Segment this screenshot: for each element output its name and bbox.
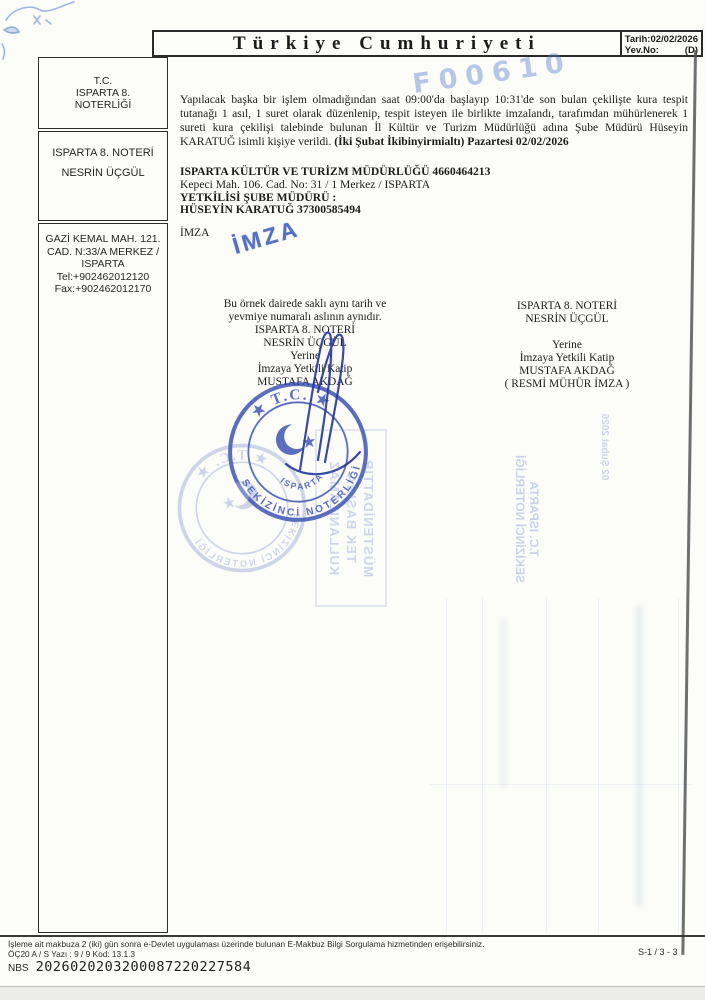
- bleed-noter-line: SEKİZİNCİ NOTERLİĞİ: [513, 429, 527, 609]
- bleed-through-area: [430, 598, 692, 933]
- att-line: ( RESMİ MÜHÜR İMZA ): [452, 378, 682, 391]
- right-attestation: ISPARTA 8. NOTERİ NESRİN ÜÇGÜL Yerine İm…: [452, 300, 682, 391]
- address-line: Tel:+902462012120: [39, 271, 167, 284]
- bleed-line: [598, 598, 599, 933]
- paragraph-date-bold: (İki Şubat İkibinyirmialtı) Pazartesi 02…: [334, 135, 568, 148]
- bottom-scan-strip: [0, 986, 705, 1000]
- imza-ink-stamp: İMZA: [230, 215, 303, 260]
- org-role: YETKİLİSİ ŞUBE MÜDÜRÜ :: [180, 191, 336, 204]
- bleed-text-column: [636, 606, 643, 906]
- footer-rule: [0, 935, 705, 937]
- att-line: İmzaya Yetkili Katip: [452, 352, 682, 365]
- footer-note: İşleme ait makbuza 2 (iki) gün sonra e-D…: [8, 939, 484, 949]
- notary-title: ISPARTA 8. NOTERİ: [39, 147, 167, 159]
- att-line: MUSTAFA AKDAĞ: [452, 365, 682, 378]
- bleed-line: [482, 598, 483, 933]
- pen-scribble: [0, 0, 100, 64]
- imza-label: İMZA: [180, 227, 209, 239]
- bleed-text-column: [500, 618, 507, 788]
- org-person: HÜSEYİN KARATUĞ 37300585494: [180, 203, 361, 216]
- page-title: Türkiye Cumhuriyeti: [233, 33, 541, 55]
- office-line: NOTERLİĞİ: [39, 99, 167, 111]
- office-line: ISPARTA 8.: [39, 87, 167, 99]
- office-line: T.C.: [39, 75, 167, 87]
- yevno-label: Yev.No:: [625, 45, 659, 56]
- notary-office-box: T.C. ISPARTA 8. NOTERLİĞİ: [38, 57, 168, 129]
- att-line: NESRİN ÜÇGÜL: [452, 313, 682, 326]
- crescent-star-icon: [219, 478, 261, 514]
- annex-bleed-stamp: MÜSTENİDATTIR TEK BAŞINA KULLANILAMAZ: [315, 429, 387, 607]
- address-line: Fax:+902462012170: [39, 283, 167, 296]
- nbs-number: 2026020203200087220227584: [36, 959, 252, 975]
- annex-line: MÜSTENİDATTIR: [360, 431, 377, 605]
- org-block: ISPARTA KÜLTÜR VE TURİZM MÜDÜRLÜĞÜ 46604…: [180, 166, 688, 217]
- bleed-noter-text: T.C. ISPARTA SEKİZİNCİ NOTERLİĞİ: [487, 429, 541, 609]
- bleed-line: [430, 784, 692, 785]
- date-label: Tarih:: [625, 34, 651, 45]
- notary-address-box: GAZİ KEMAL MAH. 121. CAD. N:33/A MERKEZ …: [38, 223, 168, 933]
- att-line: Bu örnek dairede saklı aynı tarih ve: [188, 298, 422, 311]
- annex-line: KULLANILAMAZ: [326, 431, 343, 605]
- att-line: [452, 326, 682, 339]
- body-paragraph: Yapılacak başka bir işlem olmadığından s…: [180, 93, 688, 149]
- page-ref: S-1 / 3 - 3: [638, 947, 678, 957]
- address-line: ISPARTA: [39, 258, 167, 271]
- address-line: GAZİ KEMAL MAH. 121.: [39, 233, 167, 246]
- org-name: ISPARTA KÜLTÜR VE TURİZM MÜDÜRLÜĞÜ 46604…: [180, 165, 490, 178]
- notary-name: NESRİN ÜÇGÜL: [39, 167, 167, 179]
- annex-line: TEK BAŞINA: [343, 431, 360, 605]
- notary-sidebar: T.C. ISPARTA 8. NOTERLİĞİ ISPARTA 8. NOT…: [38, 57, 168, 933]
- nbs-label: NBS: [8, 963, 29, 974]
- att-line: ISPARTA 8. NOTERİ: [452, 300, 682, 313]
- date-box: Tarih: 02/02/2026 Yev.No: (D): [622, 30, 703, 57]
- header-band: Türkiye Cumhuriyeti Tarih: 02/02/2026 Ye…: [152, 30, 703, 57]
- bleed-line: [678, 598, 679, 933]
- address-line: CAD. N:33/A MERKEZ /: [39, 246, 167, 259]
- bleed-date-text: 02 Şubat 2026: [596, 401, 610, 493]
- footer-code: ÖÇ20 A / S Yazı : 9 / 9 Kod: 13.1.3: [8, 949, 135, 959]
- bleed-line: [446, 598, 447, 933]
- bleed-noter-line: T.C. ISPARTA: [527, 429, 541, 609]
- notary-name-box: ISPARTA 8. NOTERİ NESRİN ÜÇGÜL: [38, 131, 168, 221]
- bleed-line: [546, 598, 547, 933]
- att-line: Yerine: [452, 339, 682, 352]
- date-value: 02/02/2026: [650, 34, 698, 45]
- nbs-line: NBS 2026020203200087220227584: [8, 959, 251, 975]
